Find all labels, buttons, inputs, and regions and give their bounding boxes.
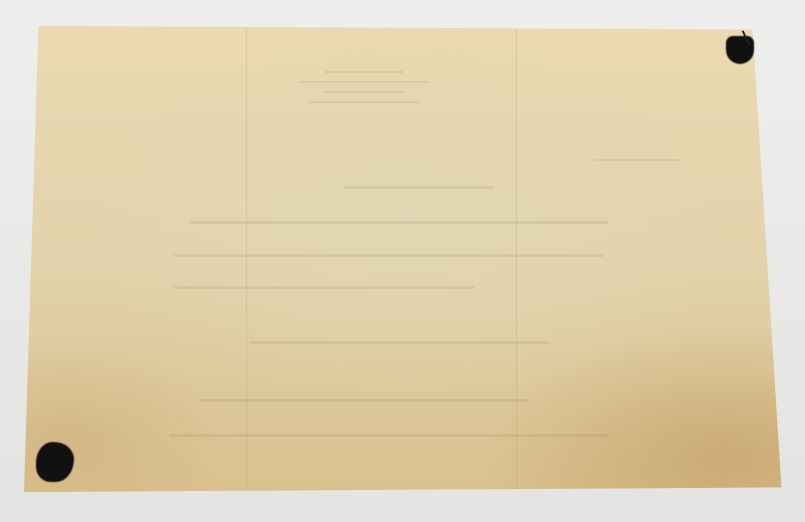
signature-ghost-line [169, 434, 609, 437]
handwriting-ghost-line [174, 286, 474, 289]
signature-ghost-line [199, 399, 529, 402]
fold-line-left [246, 24, 247, 494]
handwriting-ghost-line [174, 254, 604, 257]
letterhead-ghost-line [299, 81, 429, 83]
fold-line-right [516, 24, 517, 494]
handwriting-ghost-line [249, 341, 549, 344]
aged-paper-sheet [24, 24, 786, 494]
letterhead-ghost-line [324, 71, 404, 73]
letterhead-ghost-line [324, 91, 404, 93]
letterhead-ghost-line [309, 101, 419, 103]
handwriting-ghost-line [344, 186, 494, 189]
ink-blot-top-right [726, 36, 754, 64]
handwriting-ghost-line [189, 221, 609, 224]
date-ghost-line [594, 159, 679, 161]
